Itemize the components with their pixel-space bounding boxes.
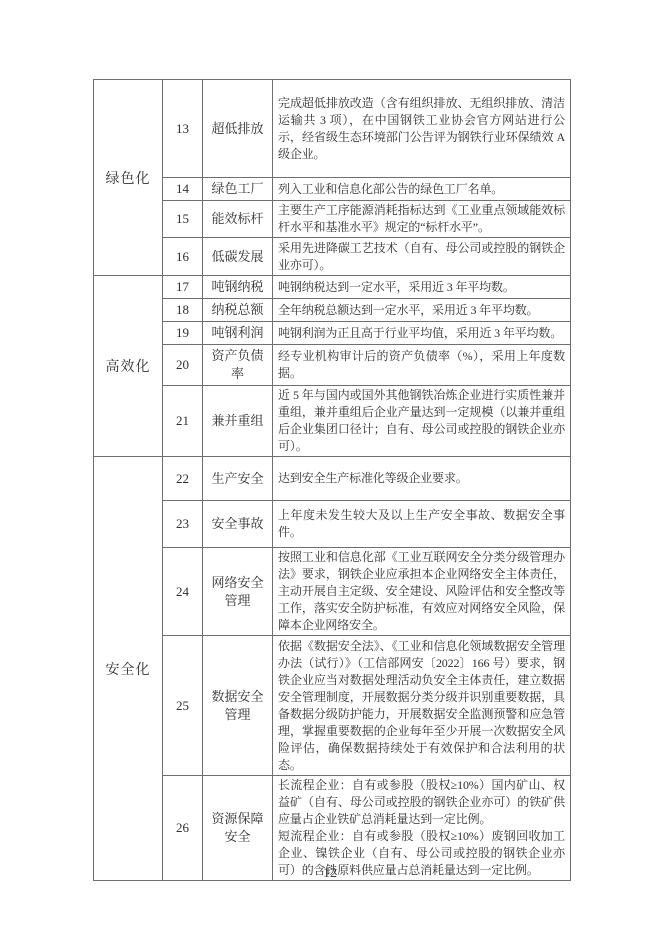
- indicator-name: 兼并重组: [203, 386, 273, 457]
- table-row: 23 安全事故 上年度未发生较大及以上生产安全事故、数据安全事件。: [94, 501, 571, 548]
- indicator-number: 26: [163, 776, 203, 881]
- table-row: 25 数据安全管理 依据《数据安全法》、《工业和信息化领域数据安全管理办法（试行…: [94, 636, 571, 776]
- document-page: 绿色化 13 超低排放 完成超低排放改造（含有组织排放、无组织排放、清洁运输共 …: [0, 0, 660, 933]
- indicator-number: 21: [163, 386, 203, 457]
- indicator-description: 上年度未发生较大及以上生产安全事故、数据安全事件。: [273, 501, 571, 548]
- indicator-number: 25: [163, 636, 203, 776]
- indicator-description: 吨钢纳税达到一定水平，采用近 3 年平均数。: [273, 276, 571, 299]
- indicator-number: 19: [163, 322, 203, 345]
- category-label-safety: 安全化: [94, 457, 163, 881]
- indicator-number: 17: [163, 276, 203, 299]
- category-label-green: 绿色化: [94, 80, 163, 276]
- indicator-description: 吨钢利润为正且高于行业平均值，采用近 3 年平均数。: [273, 322, 571, 345]
- indicator-name: 低碳发展: [203, 238, 273, 276]
- indicator-name: 能效标杆: [203, 201, 273, 238]
- indicator-number: 18: [163, 299, 203, 322]
- indicator-name: 纳税总额: [203, 299, 273, 322]
- indicator-description: 主要生产工序能源消耗指标达到《工业重点领域能效标杆水平和基准水平》规定的“标杆水…: [273, 201, 571, 238]
- indicator-name: 安全事故: [203, 501, 273, 548]
- page-number: 12: [0, 866, 660, 882]
- indicator-name: 资产负债率: [203, 345, 273, 386]
- indicator-description: 按照工业和信息化部《工业互联网安全分类分级管理办法》要求，钢铁企业应承担本企业网…: [273, 548, 571, 636]
- indicator-name: 资源保障安全: [203, 776, 273, 881]
- indicator-number: 15: [163, 201, 203, 238]
- indicator-description: 列入工业和信息化部公告的绿色工厂名单。: [273, 178, 571, 201]
- table-row: 高效化 17 吨钢纳税 吨钢纳税达到一定水平，采用近 3 年平均数。: [94, 276, 571, 299]
- indicator-name: 数据安全管理: [203, 636, 273, 776]
- table-row: 26 资源保障安全 长流程企业：自有或参股（股权≥10%）国内矿山、权益矿（自有…: [94, 776, 571, 881]
- indicator-description: 完成超低排放改造（含有组织排放、无组织排放、清洁运输共 3 项），在中国钢铁工业…: [273, 80, 571, 178]
- indicator-number: 24: [163, 548, 203, 636]
- indicator-number: 16: [163, 238, 203, 276]
- indicator-number: 23: [163, 501, 203, 548]
- indicator-table: 绿色化 13 超低排放 完成超低排放改造（含有组织排放、无组织排放、清洁运输共 …: [93, 79, 571, 881]
- table-row: 14 绿色工厂 列入工业和信息化部公告的绿色工厂名单。: [94, 178, 571, 201]
- indicator-description: 近 5 年与国内或国外其他钢铁冶炼企业进行实质性兼并重组，兼并重组后企业产量达到…: [273, 386, 571, 457]
- indicator-number: 20: [163, 345, 203, 386]
- indicator-name: 网络安全管理: [203, 548, 273, 636]
- indicator-description: 达到安全生产标准化等级企业要求。: [273, 457, 571, 501]
- indicator-description: 经专业机构审计后的资产负债率（%），采用上年度数据。: [273, 345, 571, 386]
- indicator-description: 长流程企业：自有或参股（股权≥10%）国内矿山、权益矿（自有、母公司或控股的钢铁…: [273, 776, 571, 881]
- table-row: 16 低碳发展 采用先进降碳工艺技术（自有、母公司或控股的钢铁企业亦可）。: [94, 238, 571, 276]
- indicator-description: 依据《数据安全法》、《工业和信息化领域数据安全管理办法（试行）》（工信部网安〔2…: [273, 636, 571, 776]
- indicator-name: 吨钢纳税: [203, 276, 273, 299]
- table-row: 19 吨钢利润 吨钢利润为正且高于行业平均值，采用近 3 年平均数。: [94, 322, 571, 345]
- table-row: 绿色化 13 超低排放 完成超低排放改造（含有组织排放、无组织排放、清洁运输共 …: [94, 80, 571, 178]
- indicator-number: 22: [163, 457, 203, 501]
- indicator-name: 绿色工厂: [203, 178, 273, 201]
- table-row: 24 网络安全管理 按照工业和信息化部《工业互联网安全分类分级管理办法》要求，钢…: [94, 548, 571, 636]
- table-row: 18 纳税总额 全年纳税总额达到一定水平，采用近 3 年平均数。: [94, 299, 571, 322]
- table-row: 15 能效标杆 主要生产工序能源消耗指标达到《工业重点领域能效标杆水平和基准水平…: [94, 201, 571, 238]
- indicator-name: 超低排放: [203, 80, 273, 178]
- indicator-name: 吨钢利润: [203, 322, 273, 345]
- category-label-efficiency: 高效化: [94, 276, 163, 457]
- indicator-description: 采用先进降碳工艺技术（自有、母公司或控股的钢铁企业亦可）。: [273, 238, 571, 276]
- indicator-description: 全年纳税总额达到一定水平，采用近 3 年平均数。: [273, 299, 571, 322]
- table-row: 20 资产负债率 经专业机构审计后的资产负债率（%），采用上年度数据。: [94, 345, 571, 386]
- indicator-number: 13: [163, 80, 203, 178]
- indicator-number: 14: [163, 178, 203, 201]
- indicator-name: 生产安全: [203, 457, 273, 501]
- table-row: 21 兼并重组 近 5 年与国内或国外其他钢铁冶炼企业进行实质性兼并重组，兼并重…: [94, 386, 571, 457]
- table-row: 安全化 22 生产安全 达到安全生产标准化等级企业要求。: [94, 457, 571, 501]
